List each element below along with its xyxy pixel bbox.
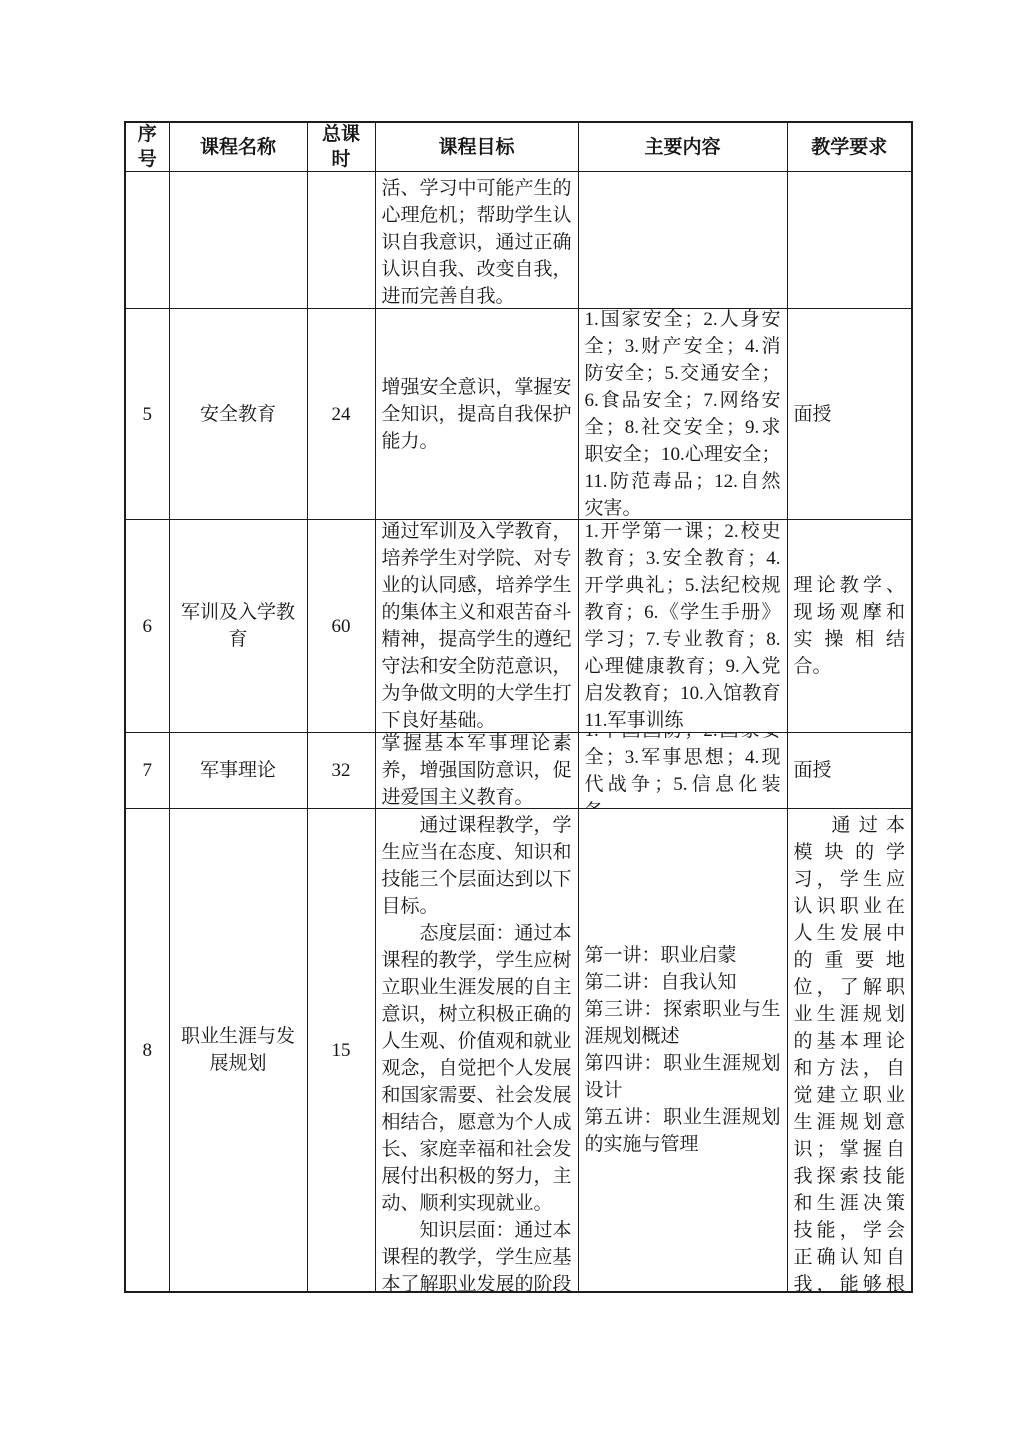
row-5-hours-cell: 24	[307, 309, 375, 520]
content-text: 1.开学第一课；2.校史教育；3.安全教育；4.开学典礼；5.法纪校规教育；6.…	[579, 520, 787, 732]
content-line: 第二讲：自我认知	[585, 969, 781, 996]
header-total-hours: 总课时	[307, 122, 375, 172]
header-content-label: 主要内容	[579, 123, 787, 171]
row-6-name-cell: 军训及入学教育	[169, 520, 307, 733]
row-7-objectives-cell: 掌握基本军事理论素养，增强国防意识，促进爱国主义教育。	[375, 733, 578, 809]
objectives-paragraph: 知识层面：通过本课程的教学，学生应基本了解职业发展的阶段特	[382, 1217, 572, 1291]
objectives-paragraph: 态度层面：通过本课程的教学，学生应树立职业生涯发展的自主意识，树立积极正确的人生…	[382, 920, 572, 1217]
row-6-objectives-cell: 通过军训及入学教育，培养学生对学院、对专业的认同感，培养学生的集体主义和艰苦奋斗…	[375, 520, 578, 733]
row-8-content-cell: 第一讲：职业启蒙 第二讲：自我认知 第三讲：探索职业与生涯规划概述 第四讲：职业…	[578, 809, 787, 1293]
header-objectives-label: 课程目标	[376, 123, 578, 171]
total-hours: 60	[308, 520, 375, 732]
header-course-name: 课程名称	[169, 122, 307, 172]
row-8-index-cell: 8	[125, 809, 169, 1293]
total-hours: 32	[308, 733, 375, 808]
header-total-hours-label: 总课时	[308, 123, 375, 171]
total-hours: 24	[308, 309, 375, 519]
row-cont-index-cell	[125, 172, 169, 309]
course-name: 军事理论	[170, 733, 307, 808]
row-5-index-cell: 5	[125, 309, 169, 520]
row-7-index-cell: 7	[125, 733, 169, 809]
objectives-paragraphs: 通过课程教学，学生应当在态度、知识和技能三个层面达到以下目标。 态度层面：通过本…	[376, 809, 578, 1291]
header-course-name-label: 课程名称	[170, 123, 307, 171]
requirements-text: 通过本模块的学习，学生应认识职业在人生发展中的重要地位，了解职业生涯规划的基本理…	[788, 809, 912, 1291]
content-lines: 第一讲：职业启蒙 第二讲：自我认知 第三讲：探索职业与生涯规划概述 第四讲：职业…	[579, 809, 787, 1291]
total-hours: 15	[308, 809, 375, 1291]
table-header-row: 序号 课程名称 总课时 课程目标 主要内容 教学要求	[125, 122, 912, 172]
course-name: 安全教育	[170, 309, 307, 519]
row-6-hours-cell: 60	[307, 520, 375, 733]
objectives-text: 通过军训及入学教育，培养学生对学院、对专业的认同感，培养学生的集体主义和艰苦奋斗…	[376, 520, 578, 732]
requirements-text: 面授	[788, 309, 912, 519]
table-row-7: 7 军事理论 32 掌握基本军事理论素养，增强国防意识，促进爱国主义教育。 1.…	[125, 733, 912, 809]
row-cont-hours-cell	[307, 172, 375, 309]
header-requirements-label: 教学要求	[788, 123, 912, 171]
table-row-continuation: 活、学习中可能产生的心理危机；帮助学生认识自我意识，通过正确认识自我、改变自我，…	[125, 172, 912, 309]
row-7-name-cell: 军事理论	[169, 733, 307, 809]
content-line: 第三讲：探索职业与生涯规划概述	[585, 996, 781, 1050]
row-index: 6	[126, 520, 169, 732]
course-name: 职业生涯与发展规划	[170, 809, 307, 1291]
row-7-hours-cell: 32	[307, 733, 375, 809]
objectives-text: 活、学习中可能产生的心理危机；帮助学生认识自我意识，通过正确认识自我、改变自我，…	[376, 172, 578, 308]
row-cont-name-cell	[169, 172, 307, 309]
objectives-paragraph: 通过课程教学，学生应当在态度、知识和技能三个层面达到以下目标。	[382, 812, 572, 920]
row-6-index-cell: 6	[125, 520, 169, 733]
requirements-text: 理论教学、现场观摩和实操相结合。	[788, 520, 912, 732]
content-line: 第一讲：职业启蒙	[585, 942, 781, 969]
row-5-requirements-cell: 面授	[787, 309, 912, 520]
row-8-requirements-cell: 通过本模块的学习，学生应认识职业在人生发展中的重要地位，了解职业生涯规划的基本理…	[787, 809, 912, 1293]
requirements-text: 面授	[788, 733, 912, 808]
course-table: 序号 课程名称 总课时 课程目标 主要内容 教学要求 活、学习中可能产生的心理危…	[124, 121, 913, 1293]
row-7-requirements-cell: 面授	[787, 733, 912, 809]
row-cont-objectives-cell: 活、学习中可能产生的心理危机；帮助学生认识自我意识，通过正确认识自我、改变自我，…	[375, 172, 578, 309]
row-index: 8	[126, 809, 169, 1291]
row-6-content-cell: 1.开学第一课；2.校史教育；3.安全教育；4.开学典礼；5.法纪校规教育；6.…	[578, 520, 787, 733]
document-page: 序号 课程名称 总课时 课程目标 主要内容 教学要求 活、学习中可能产生的心理危…	[0, 0, 1024, 1447]
row-index: 5	[126, 309, 169, 519]
row-cont-content-cell	[578, 172, 787, 309]
row-7-content-cell: 1.中国国防；2.国家安全；3.军事思想；4.现代战争；5.信息化装备。	[578, 733, 787, 809]
course-name: 军训及入学教育	[170, 520, 307, 732]
table-row-6: 6 军训及入学教育 60 通过军训及入学教育，培养学生对学院、对专业的认同感，培…	[125, 520, 912, 733]
content-line: 第四讲：职业生涯规划设计	[585, 1050, 781, 1104]
header-requirements: 教学要求	[787, 122, 912, 172]
header-objectives: 课程目标	[375, 122, 578, 172]
table-row-8: 8 职业生涯与发展规划 15 通过课程教学，学生应当在态度、知识和技能三个层面达…	[125, 809, 912, 1293]
header-content: 主要内容	[578, 122, 787, 172]
objectives-text: 掌握基本军事理论素养，增强国防意识，促进爱国主义教育。	[376, 733, 578, 808]
row-5-content-cell: 1.国家安全；2.人身安全；3.财产安全；4.消防安全；5.交通安全；6.食品安…	[578, 309, 787, 520]
row-8-hours-cell: 15	[307, 809, 375, 1293]
content-text: 1.中国国防；2.国家安全；3.军事思想；4.现代战争；5.信息化装备。	[579, 733, 787, 808]
header-index: 序号	[125, 122, 169, 172]
header-index-label: 序号	[126, 123, 169, 171]
row-index: 7	[126, 733, 169, 808]
row-cont-requirements-cell	[787, 172, 912, 309]
content-text: 1.国家安全；2.人身安全；3.财产安全；4.消防安全；5.交通安全；6.食品安…	[579, 309, 787, 519]
row-5-objectives-cell: 增强安全意识，掌握安全知识，提高自我保护能力。	[375, 309, 578, 520]
row-6-requirements-cell: 理论教学、现场观摩和实操相结合。	[787, 520, 912, 733]
row-5-name-cell: 安全教育	[169, 309, 307, 520]
row-8-objectives-cell: 通过课程教学，学生应当在态度、知识和技能三个层面达到以下目标。 态度层面：通过本…	[375, 809, 578, 1293]
objectives-text: 增强安全意识，掌握安全知识，提高自我保护能力。	[376, 309, 578, 519]
content-line: 第五讲：职业生涯规划的实施与管理	[585, 1104, 781, 1158]
row-8-name-cell: 职业生涯与发展规划	[169, 809, 307, 1293]
table-row-5: 5 安全教育 24 增强安全意识，掌握安全知识，提高自我保护能力。 1.国家安全…	[125, 309, 912, 520]
